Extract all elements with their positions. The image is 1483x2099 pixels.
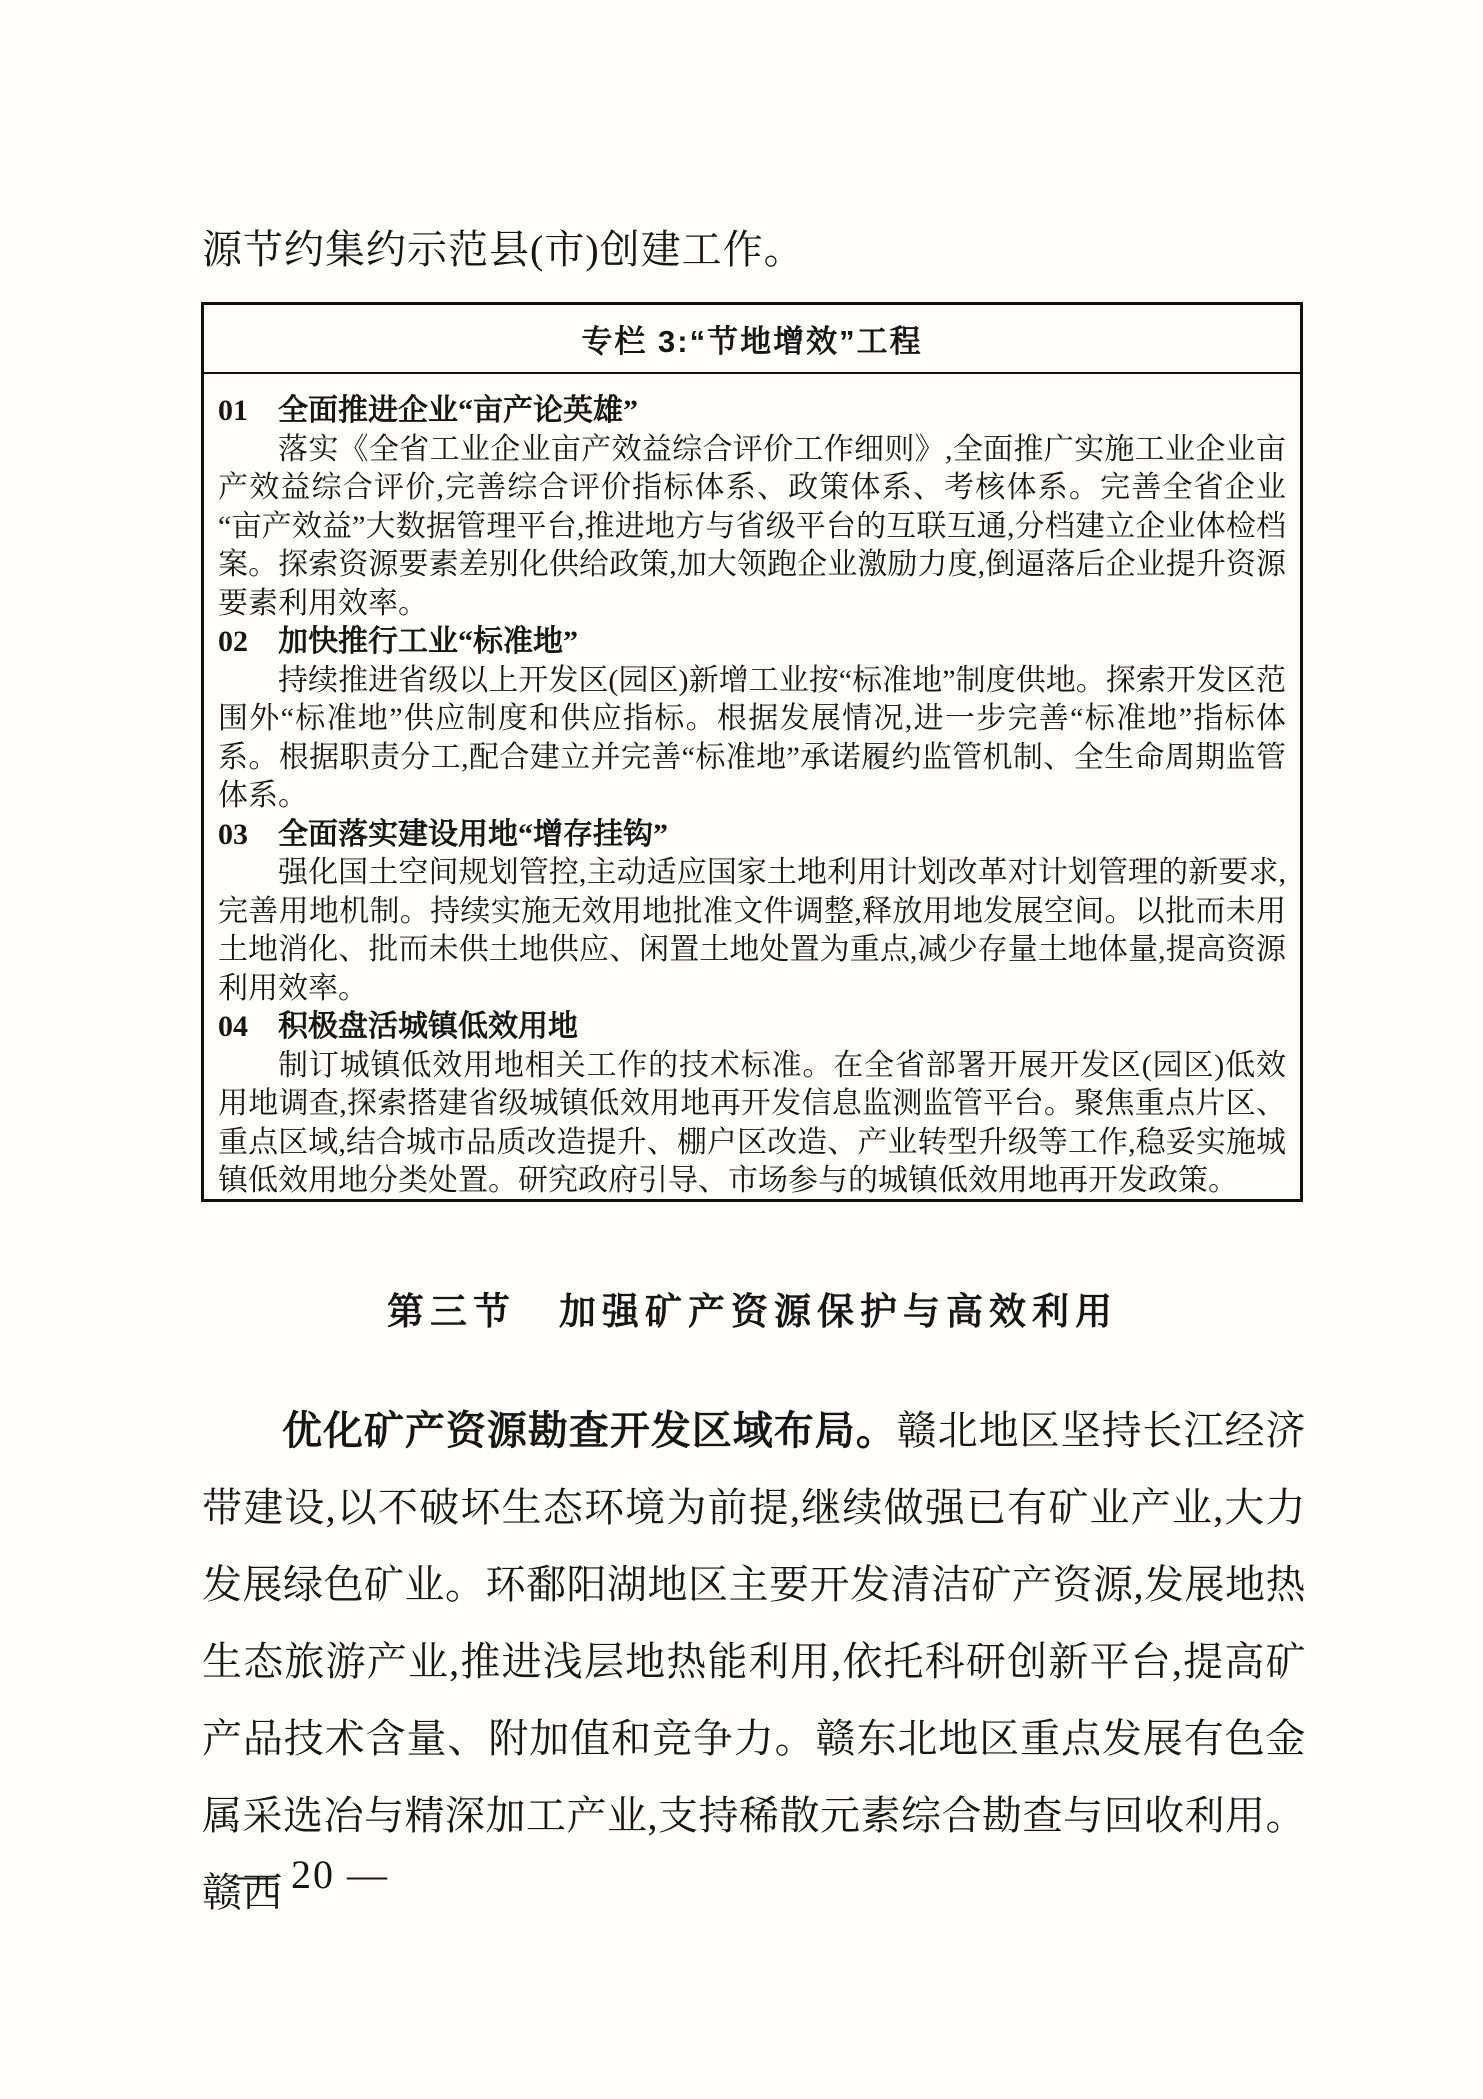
item-paragraph: 制订城镇低效用地相关工作的技术标准。在全省部署开展开发区(园区)低效用地调查,探… (218, 1047, 1286, 1201)
page-number: — 20 — (237, 1851, 389, 1898)
panel-item: 02加快推行工业“标准地” 持续推进省级以上开发区(园区)新增工业按“标准地”制… (218, 623, 1286, 816)
column-box-body: 01全面推进企业“亩产论英雄” 落实《全省工业企业亩产效益综合评价工作细则》,全… (204, 374, 1300, 1202)
column-box-title: 专栏 3:“节地增效”工程 (204, 305, 1300, 374)
item-title: 加快推行工业“标准地” (278, 625, 578, 658)
item-title: 全面落实建设用地“增存挂钩” (278, 818, 668, 851)
panel-item: 01全面推进企业“亩产论英雄” 落实《全省工业企业亩产效益综合评价工作细则》,全… (218, 392, 1286, 623)
item-heading: 02加快推行工业“标准地” (218, 623, 1286, 662)
item-number: 01 (218, 392, 248, 431)
item-number: 04 (218, 1008, 248, 1047)
paragraph-lead: 优化矿产资源勘查开发区域布局。 (282, 1408, 897, 1453)
item-heading: 01全面推进企业“亩产论英雄” (218, 392, 1286, 431)
item-paragraph: 持续推进省级以上开发区(园区)新增工业按“标准地”制度供地。探索开发区范围外“标… (218, 662, 1286, 816)
intro-line: 源节约集约示范县(市)创建工作。 (202, 224, 1306, 276)
item-paragraph: 强化国土空间规划管控,主动适应国家土地利用计划改革对计划管理的新要求,完善用地机… (218, 854, 1286, 1008)
item-number: 03 (218, 816, 248, 855)
item-title: 积极盘活城镇低效用地 (278, 1010, 578, 1043)
panel-item: 03全面落实建设用地“增存挂钩” 强化国土空间规划管控,主动适应国家土地利用计划… (218, 816, 1286, 1009)
panel-item: 04积极盘活城镇低效用地 制订城镇低效用地相关工作的技术标准。在全省部署开展开发… (218, 1008, 1286, 1201)
section-heading: 第三节 加强矿产资源保护与高效利用 (202, 1281, 1303, 1335)
column-box: 专栏 3:“节地增效”工程 01全面推进企业“亩产论英雄” 落实《全省工业企业亩… (201, 302, 1303, 1202)
item-title: 全面推进企业“亩产论英雄” (278, 394, 638, 427)
item-heading: 04积极盘活城镇低效用地 (218, 1008, 1286, 1047)
item-heading: 03全面落实建设用地“增存挂钩” (218, 816, 1286, 855)
item-number: 02 (218, 623, 248, 662)
paragraph-continuation: 赣北地区坚持长江经济带建设,以不破坏生态环境为前提,继续做强已有矿业产业,大力发… (202, 1408, 1306, 1915)
item-paragraph: 落实《全省工业企业亩产效益综合评价工作细则》,全面推广实施工业企业亩产效益综合评… (218, 431, 1286, 624)
document-page: 源节约集约示范县(市)创建工作。 专栏 3:“节地增效”工程 01全面推进企业“… (0, 0, 1483, 2099)
